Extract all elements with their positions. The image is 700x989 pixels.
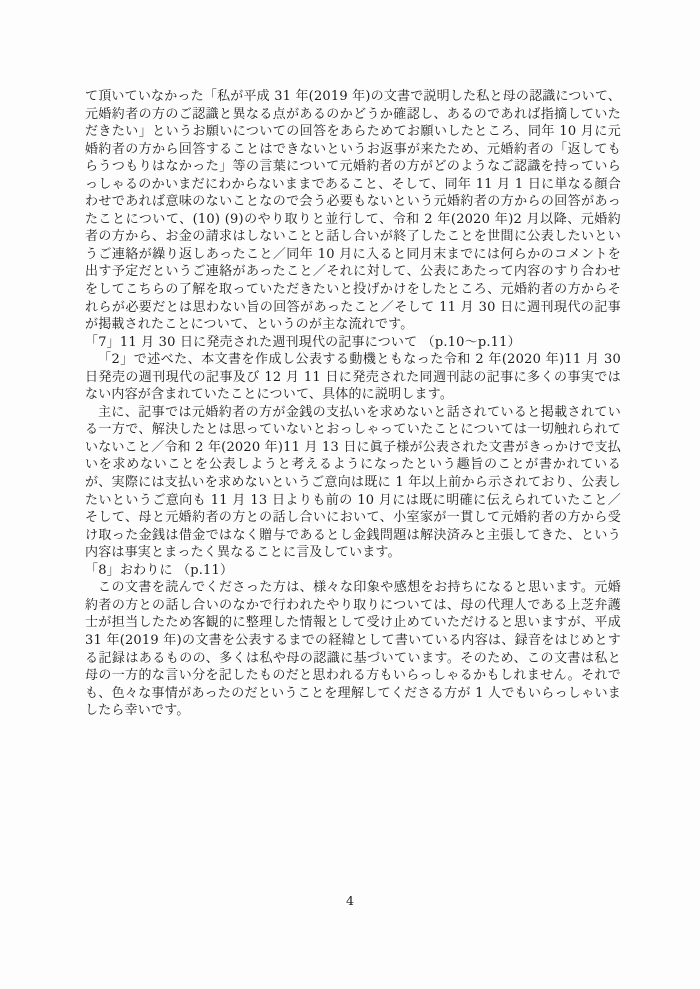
paragraph: この文書を読んでくださった方は、様々な印象や感想をお持ちになると思います。元婚約… [85,579,621,719]
page-number: 4 [0,893,700,908]
paragraph-continuation: て頂いていなかった「私が平成 31 年(2019 年)の文書で説明した私と母の認… [85,88,621,334]
paragraph: 主に、記事では元婚約者の方が金銭の支払いを求めないと話されていると掲載されている… [85,404,621,562]
paragraph: 「2」で述べた、本文書を作成し公表する動機ともなった令和 2 年(2020 年)… [85,351,621,404]
document-body: て頂いていなかった「私が平成 31 年(2019 年)の文書で説明した私と母の認… [85,88,621,720]
section-heading-7: 「7」11 月 30 日に発売された週刊現代の記事について （p.10～p.11… [85,334,621,352]
document-page: て頂いていなかった「私が平成 31 年(2019 年)の文書で説明した私と母の認… [0,0,700,989]
section-heading-8: 「8」おわりに （p.11） [85,562,621,580]
